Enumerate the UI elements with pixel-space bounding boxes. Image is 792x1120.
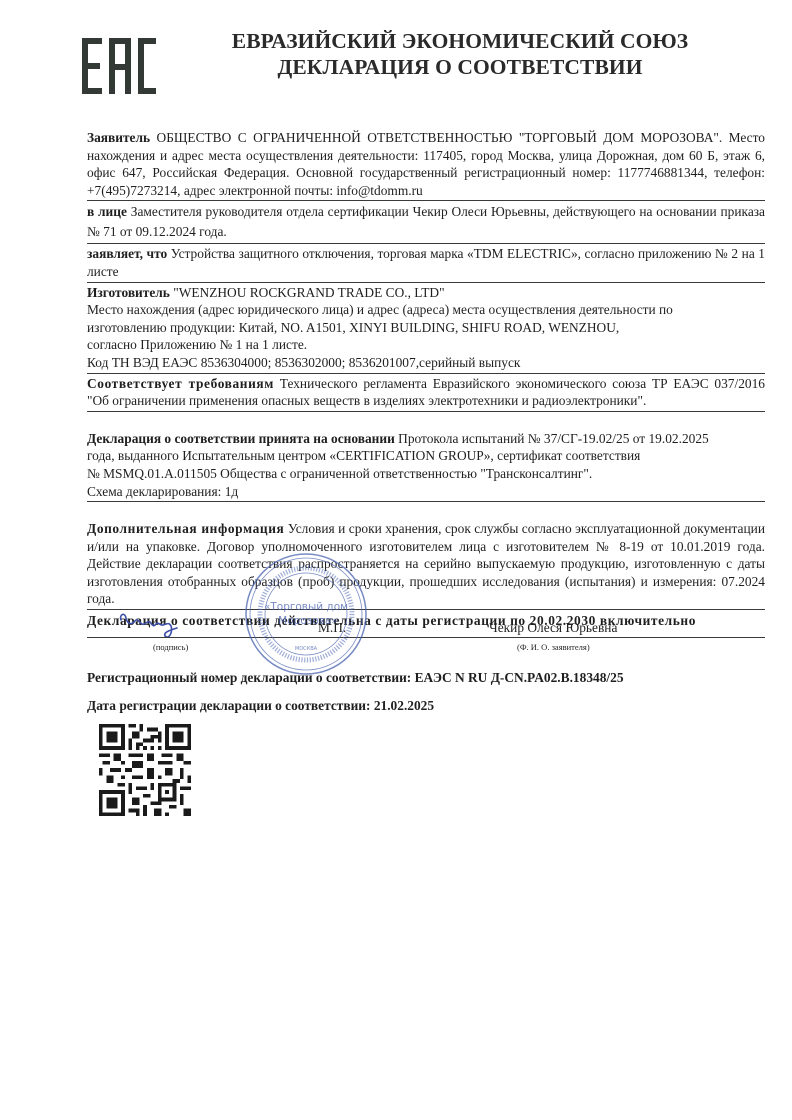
signature-caption: (подпись) (153, 642, 188, 652)
signer-name: Чекир Олеся Юрьевна (489, 620, 617, 636)
representative-text: Заместителя руководителя отдела сертифик… (87, 204, 765, 239)
qr-code-icon[interactable] (99, 724, 191, 816)
title-declaration: ДЕКЛАРАЦИЯ О СООТВЕТСТВИИ (180, 54, 740, 80)
registration-date: Дата регистрации декларации о соответств… (87, 698, 434, 714)
manufacturer-address-2: изготовлению продукции: Китай, NO. A1501… (87, 319, 765, 337)
handwritten-signature-icon (117, 610, 181, 646)
manufacturer-name: "WENZHOU ROCKGRAND TRADE CO., LTD" (170, 285, 445, 300)
manufacturer-address-1: Место нахождения (адрес юридического лиц… (87, 301, 765, 319)
declares-section: заявляет, что Устройства защитного отклю… (87, 244, 765, 282)
basis-section: Декларация о соответствии принята на осн… (87, 429, 765, 502)
additional-label: Дополнительная информация (87, 521, 284, 536)
signature-row: М.П. Чекир Олеся Юрьевна (подпись) (Ф. И… (87, 606, 765, 656)
representative-section: в лице Заместителя руководителя отдела с… (87, 201, 765, 244)
stamp-city: МОСКВА (295, 646, 318, 652)
document-title: ЕВРАЗИЙСКИЙ ЭКОНОМИЧЕСКИЙ СОЮЗ ДЕКЛАРАЦИ… (180, 28, 740, 80)
stamp-text-1: «Торговый дом (264, 601, 348, 613)
applicant-label: Заявитель (87, 130, 150, 145)
title-union: ЕВРАЗИЙСКИЙ ЭКОНОМИЧЕСКИЙ СОЮЗ (180, 28, 740, 54)
compliance-label: Соответствует требованиям (87, 376, 274, 391)
additional-info-section: Дополнительная информация Условия и срок… (87, 519, 765, 610)
registration-number: Регистрационный номер декларации о соотв… (87, 670, 624, 686)
basis-text-2: года, выданного Испытательным центром «C… (87, 447, 765, 465)
manufacturer-address-3: согласно Приложению № 1 на 1 листе. (87, 336, 765, 354)
eac-logo-icon (82, 38, 156, 94)
company-seal-stamp-icon: «Торговый дом Морозова» МОСКВА (244, 552, 368, 676)
declaration-scheme: Схема декларирования: 1д (87, 483, 765, 501)
basis-label: Декларация о соответствии принята на осн… (87, 431, 395, 446)
applicant-section: Заявитель ОБЩЕСТВО С ОГРАНИЧЕННОЙ ОТВЕТС… (87, 128, 765, 201)
manufacturer-label: Изготовитель (87, 285, 170, 300)
stamp-text-2: Морозова» (278, 615, 338, 627)
signer-caption: (Ф. И. О. заявителя) (517, 642, 590, 652)
manufacturer-section: Изготовитель "WENZHOU ROCKGRAND TRADE CO… (87, 283, 765, 374)
manufacturer-codes: Код ТН ВЭД ЕАЭС 8536304000; 8536302000; … (87, 354, 765, 372)
signature-line (87, 637, 765, 638)
basis-text-1: Протокола испытаний № 37/СГ-19.02/25 от … (395, 431, 709, 446)
declaration-body: Заявитель ОБЩЕСТВО С ОГРАНИЧЕННОЙ ОТВЕТС… (87, 128, 765, 631)
declares-label: заявляет, что (87, 246, 167, 261)
declares-text: Устройства защитного отключения, торгова… (87, 246, 765, 279)
compliance-section: Соответствует требованиям Технического р… (87, 374, 765, 412)
applicant-name: ОБЩЕСТВО С ОГРАНИЧЕННОЙ ОТВЕТСТВЕННОСТЬЮ… (150, 130, 722, 145)
representative-label: в лице (87, 204, 127, 219)
basis-text-3: № MSMQ.01.A.011505 Общества с ограниченн… (87, 465, 765, 483)
